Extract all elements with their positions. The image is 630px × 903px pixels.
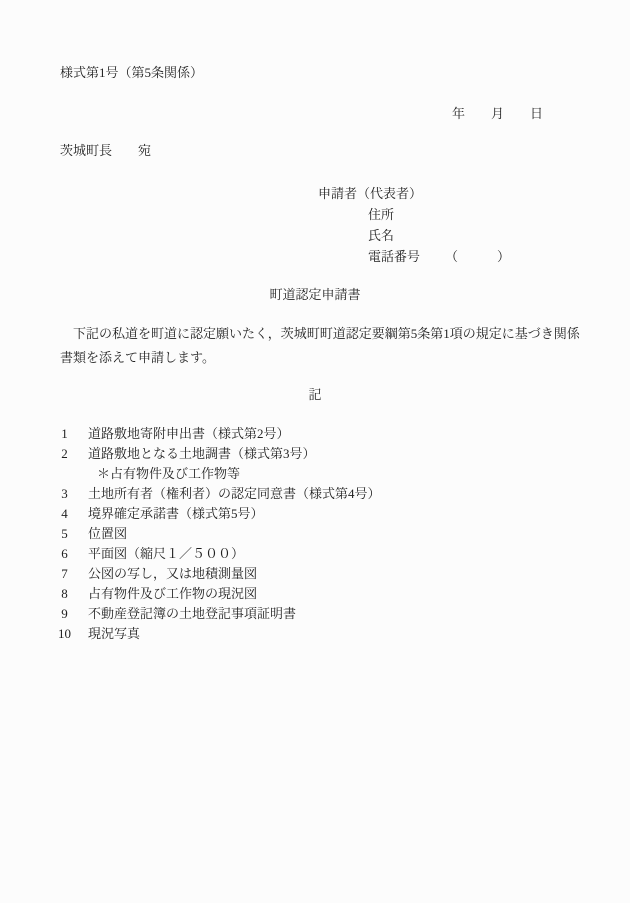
attachment-list: 1道路敷地寄附申出書（様式第2号） 2道路敷地となる土地調書（様式第3号） ＊占… bbox=[55, 424, 381, 644]
list-item-number: 4 bbox=[55, 504, 74, 524]
date-line: 年 月 日 bbox=[452, 104, 543, 124]
addressee: 茨城町長 宛 bbox=[60, 141, 151, 161]
applicant-phone-row: 電話番号（ ） bbox=[368, 246, 510, 267]
list-item-text: 土地所有者（権利者）の認定同意書（様式第4号） bbox=[88, 486, 381, 501]
list-item-number: 3 bbox=[55, 484, 74, 504]
list-item: 8占有物件及び工作物の現況図 bbox=[55, 584, 381, 604]
list-item-text: 道路敷地となる土地調書（様式第3号） bbox=[88, 446, 316, 461]
list-item-note: ＊占有物件及び工作物等 bbox=[97, 464, 381, 484]
list-item-number: 7 bbox=[55, 564, 74, 584]
document-page: 様式第1号（第5条関係） 年 月 日 茨城町長 宛 申請者（代表者） 住所 氏名… bbox=[0, 0, 630, 903]
applicant-phone-blank: （ ） bbox=[445, 249, 510, 264]
list-item-number: 2 bbox=[55, 444, 74, 464]
list-item-number: 9 bbox=[55, 604, 74, 624]
list-item-number: 6 bbox=[55, 544, 74, 564]
applicant-phone-label: 電話番号 bbox=[368, 249, 420, 264]
applicant-block: 申請者（代表者） 住所 氏名 電話番号（ ） bbox=[318, 183, 510, 267]
list-item: 4境界確定承諾書（様式第5号） bbox=[55, 504, 381, 524]
list-item-text: 位置図 bbox=[88, 526, 127, 541]
list-item-number: 8 bbox=[55, 584, 74, 604]
list-item-text: 境界確定承諾書（様式第5号） bbox=[88, 506, 264, 521]
list-item: 10現況写真 bbox=[55, 624, 381, 644]
list-item-text: 現況写真 bbox=[88, 626, 140, 641]
document-title: 町道認定申請書 bbox=[0, 285, 630, 305]
list-item-text: 公図の写し，又は地積測量図 bbox=[88, 566, 257, 581]
applicant-address-label: 住所 bbox=[368, 204, 510, 225]
applicant-label: 申請者（代表者） bbox=[318, 183, 510, 204]
form-number: 様式第1号（第5条関係） bbox=[60, 63, 203, 83]
list-item-text: 道路敷地寄附申出書（様式第2号） bbox=[88, 426, 290, 441]
applicant-name-label: 氏名 bbox=[368, 225, 510, 246]
list-item-text: 平面図（縮尺１／５００） bbox=[88, 546, 244, 561]
list-item-number: 10 bbox=[55, 624, 74, 644]
list-item: 6平面図（縮尺１／５００） bbox=[55, 544, 381, 564]
body-line: 下記の私道を町道に認定願いたく，茨城町町道認定要綱第5条第1項の規定に基づき関係 bbox=[60, 322, 580, 346]
list-item: 7公図の写し，又は地積測量図 bbox=[55, 564, 381, 584]
list-item: 5位置図 bbox=[55, 524, 381, 544]
list-item: 2道路敷地となる土地調書（様式第3号） ＊占有物件及び工作物等 bbox=[55, 444, 381, 484]
body-paragraph: 下記の私道を町道に認定願いたく，茨城町町道認定要綱第5条第1項の規定に基づき関係… bbox=[60, 322, 580, 370]
list-item: 1道路敷地寄附申出書（様式第2号） bbox=[55, 424, 381, 444]
list-item-number: 5 bbox=[55, 524, 74, 544]
list-item-text: 占有物件及び工作物の現況図 bbox=[88, 586, 257, 601]
body-line: 書類を添えて申請します。 bbox=[60, 346, 580, 370]
list-heading-ki: 記 bbox=[0, 385, 630, 405]
list-item: 3土地所有者（権利者）の認定同意書（様式第4号） bbox=[55, 484, 381, 504]
list-item: 9不動産登記簿の土地登記事項証明書 bbox=[55, 604, 381, 624]
list-item-number: 1 bbox=[55, 424, 74, 444]
list-item-text: 不動産登記簿の土地登記事項証明書 bbox=[88, 606, 296, 621]
